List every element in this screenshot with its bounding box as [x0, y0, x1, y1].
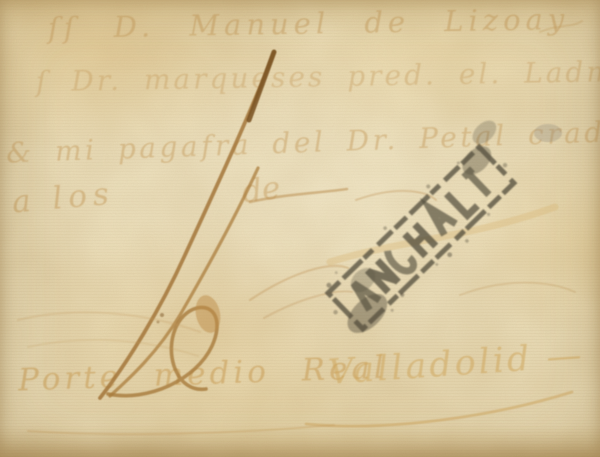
letter-cover: ſſ D. Manuel de Lizoay n ſ Dr. marqueses…: [0, 0, 600, 457]
address-line-4-left: a los: [11, 176, 117, 221]
flourish: [264, 291, 352, 318]
underline-porte: [28, 425, 334, 434]
destination-text: Valladolid —: [327, 335, 586, 393]
address-line-3: & mi pagafra del Dr. Petal crad: [6, 116, 600, 170]
address-line-1: ſſ D. Manuel de Lizoay n: [48, 1, 600, 45]
ink-blot: [192, 293, 223, 335]
address-line-4-mid: de: [240, 170, 282, 210]
rate-mark-stroke-a: [100, 52, 274, 398]
postmark-letter-blobs: [347, 167, 493, 310]
ink-speck: [157, 321, 160, 324]
underline-destination: [306, 392, 572, 426]
flourish: [250, 266, 348, 300]
flourish: [356, 191, 436, 200]
ghost-writing: [28, 340, 198, 356]
flourish: [460, 283, 575, 295]
ink-speck: [160, 313, 164, 317]
address-line-2: ſ Dr. marqueses pred. el. Ladmi: [36, 55, 600, 98]
tan-streak: [330, 207, 555, 262]
postmark-frame: [328, 147, 514, 329]
ghost-writing: [18, 312, 200, 332]
